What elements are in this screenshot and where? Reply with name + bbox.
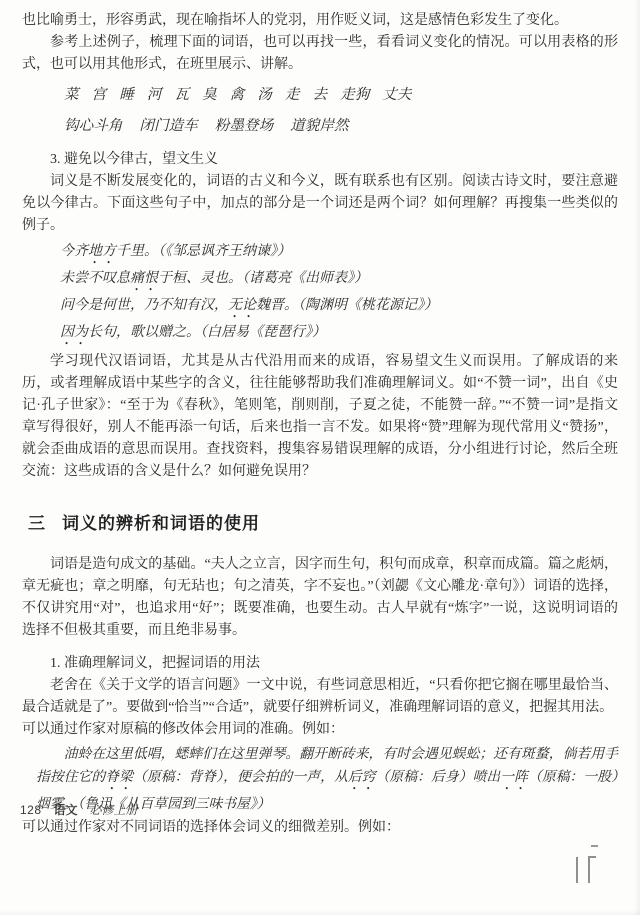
section-three-heading: 三词义的辨析和词语的使用: [28, 509, 618, 534]
page-content: 也比喻勇士，形容勇武，现在喻指坏人的党羽，用作贬义词，这是感情色彩发生了变化。 …: [22, 10, 618, 839]
page-footer: 128语文必修上册: [20, 801, 138, 818]
paragraph-choice-lead: 可以通过作家对不同词语的选择体会词义的细微差别。例如：: [22, 817, 618, 839]
word-list-idioms: 钩心斗角闭门造车粉墨登场道貌岸然: [64, 114, 618, 138]
quote-line: 未尝不叹息痛恨于桓、灵也。（诸葛亮《出师表》）: [60, 267, 618, 294]
quote-text: 于桓、灵也。（诸葛亮《出师表》）: [158, 270, 368, 286]
quote-emphasized-word: 脊梁: [105, 769, 133, 785]
quote-line: 因为长句，歌以赠之。（白居易《琵琶行》）: [60, 321, 618, 348]
paragraph-reference-activity: 参考上述例子，梳理下面的词语，也可以再找一些，看看词义变化的情况。可以用表格的形…: [22, 32, 618, 76]
idiom-item: 钩心斗角: [64, 117, 122, 134]
artifact-stroke: [588, 856, 590, 883]
word-item: 汤: [257, 86, 272, 103]
word-item: 禽: [230, 86, 245, 103]
word-item: 宫: [92, 86, 107, 103]
paragraph-word-basis: 词语是造句成文的基础。“夫人之立言，因字而生句，积句而成章，积章而成篇。篇之彪炳…: [22, 554, 618, 642]
word-item: 菜: [64, 86, 79, 103]
paragraph-avoid-explanation: 词义是不断发展变化的，词语的古义和今义，既有联系也有区别。阅读古诗文时，要注意避…: [22, 171, 618, 237]
quote-text: 千里。（《邹忌讽齐王纳谏》）: [116, 243, 291, 259]
textbook-page: 也比喻勇士，形容勇武，现在喻指坏人的党羽，用作贬义词，这是感情色彩发生了变化。 …: [0, 0, 640, 915]
quote-text: 今齐: [60, 243, 88, 259]
footer-subject: 语文: [54, 803, 78, 817]
page-number: 128: [20, 803, 42, 817]
section-number: 三: [28, 514, 46, 533]
word-item: 睡: [119, 86, 134, 103]
paragraph-laoshe: 老舍在《关于文学的语言问题》一文中说，有些词意思相近，“只看你把它搁在哪里最恰当…: [22, 675, 618, 719]
paragraph-continuation: 也比喻勇士，形容勇武，现在喻指坏人的党羽，用作贬义词，这是感情色彩发生了变化。: [22, 10, 618, 32]
word-item: 臭: [202, 86, 217, 103]
word-item: 走狗: [340, 86, 369, 103]
idiom-item: 道貌岸然: [290, 117, 348, 134]
quote-emphasized-word: 后窍: [348, 769, 376, 785]
page-edge-shadow-bottom: [0, 910, 640, 915]
paragraph-idiom-explanation: 学习现代汉语词语，尤其是从古代沿用而来的成语，容易望文生义而误用。了解成语的来历…: [22, 351, 618, 483]
quote-text: 问今是何世，乃不知有汉，: [60, 297, 228, 313]
classical-quote-list: 今齐地方千里。（《邹忌讽齐王纳谏》） 未尝不叹息痛恨于桓、灵也。（诸葛亮《出师表…: [22, 240, 618, 348]
paragraph-revision-lead: 可以通过作家对原稿的修改体会用词的准确。例如：: [22, 719, 618, 741]
footer-volume: 必修上册: [90, 803, 138, 817]
artifact-stroke: [591, 845, 598, 847]
word-item: 河: [147, 86, 162, 103]
quote-text: 魏晋。（陶渊明《桃花源记》）: [256, 297, 438, 313]
idiom-item: 粉墨登场: [215, 117, 273, 134]
quote-emphasized-word: 地方: [88, 243, 116, 259]
quote-text: 未尝不叹息: [60, 270, 130, 286]
word-item: 丈夫: [382, 86, 411, 103]
word-item: 瓦: [174, 86, 189, 103]
quote-emphasized-word: 因为: [60, 324, 88, 340]
quote-text: （原稿：背脊），便会拍的一声，从: [133, 769, 348, 785]
word-item: 去: [312, 86, 327, 103]
scan-corner-artifact: [572, 845, 606, 890]
quote-text: 长句，歌以赠之。（白居易《琵琶行》）: [88, 324, 326, 340]
quote-line: 问今是何世，乃不知有汉，无论魏晋。（陶渊明《桃花源记》）: [60, 294, 618, 321]
word-item: 走: [285, 86, 300, 103]
artifact-stroke: [576, 857, 578, 883]
quote-emphasized-word: 痛恨: [130, 270, 158, 286]
page-edge-shadow-right: [634, 0, 640, 915]
quote-emphasized-word: 无论: [228, 297, 256, 313]
quote-emphasized-word: 一阵: [500, 769, 528, 785]
item-1-title: 1. 准确理解词义，把握词语的用法: [22, 653, 618, 675]
word-list-singles: 菜宫睡河瓦臭禽汤走去走狗丈夫: [64, 83, 618, 107]
item-3-title: 3. 避免以今律古，望文生义: [22, 149, 618, 171]
idiom-item: 闭门造车: [139, 117, 197, 134]
section-title: 词义的辨析和词语的使用: [62, 514, 260, 533]
artifact-stroke: [588, 856, 596, 858]
quote-line: 今齐地方千里。（《邹忌讽齐王纳谏》）: [60, 240, 618, 267]
quote-text: （原稿：后身）喷出: [376, 769, 501, 785]
